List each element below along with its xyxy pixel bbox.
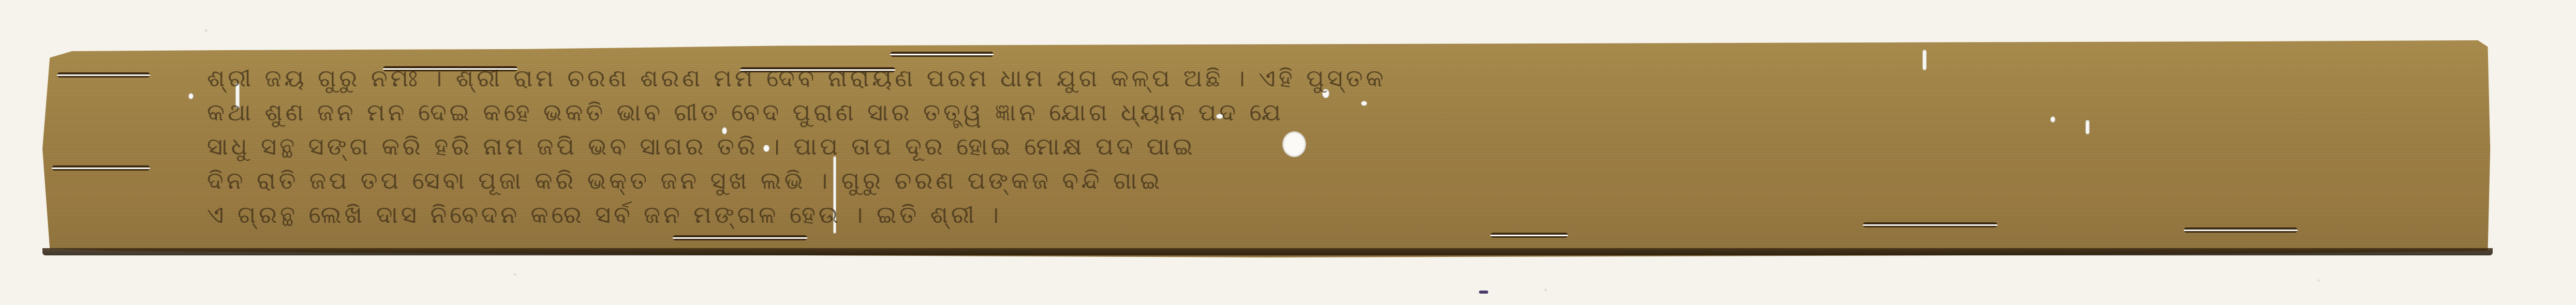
manuscript-line-2: କଥା ଶୁଣ ଜନ ମନ ଦେଇ କହେ ଭକତି ଭାବ ଗୀତ ବେଦ ପ…: [207, 95, 2432, 129]
crack-bottom-2: [1490, 233, 1568, 238]
manuscript-line-3: ସାଧୁ ସନ୍ଥ ସଙ୍ଗ କରି ହରି ନାମ ଜପି ଭବ ସାଗର ତ…: [207, 129, 2432, 163]
crack-top-3: [890, 52, 994, 57]
crack-top-left: [57, 72, 150, 78]
scan-mark: [1479, 291, 1488, 294]
manuscript-line-5: ଏ ଗ୍ରନ୍ଥ ଲେଖି ଦାସ ନିବେଦନ କରେ ସର୍ବ ଜନ ମଙ୍…: [207, 197, 2432, 232]
worm-hole: [188, 93, 194, 99]
leaf-shadow-edge: [42, 248, 2493, 255]
manuscript-line-4: ଦିନ ରାତି ଜପ ତପ ସେବା ପୂଜା କରି ଭକ୍ତ ଜନ ସୁଖ…: [207, 163, 2432, 197]
manuscript-line-1: ଶ୍ରୀ ଜୟ ଗୁରୁ ନମଃ । ଶ୍ରୀ ରାମ ଚରଣ ଶରଣ ମମ ଦ…: [207, 61, 2432, 95]
manuscript-text: ଶ୍ରୀ ଜୟ ଗୁରୁ ନମଃ । ଶ୍ରୀ ରାମ ଚରଣ ଶରଣ ମମ ଦ…: [207, 61, 2432, 232]
crack-bottom-1: [673, 235, 807, 240]
crack-left-mid: [52, 165, 150, 171]
